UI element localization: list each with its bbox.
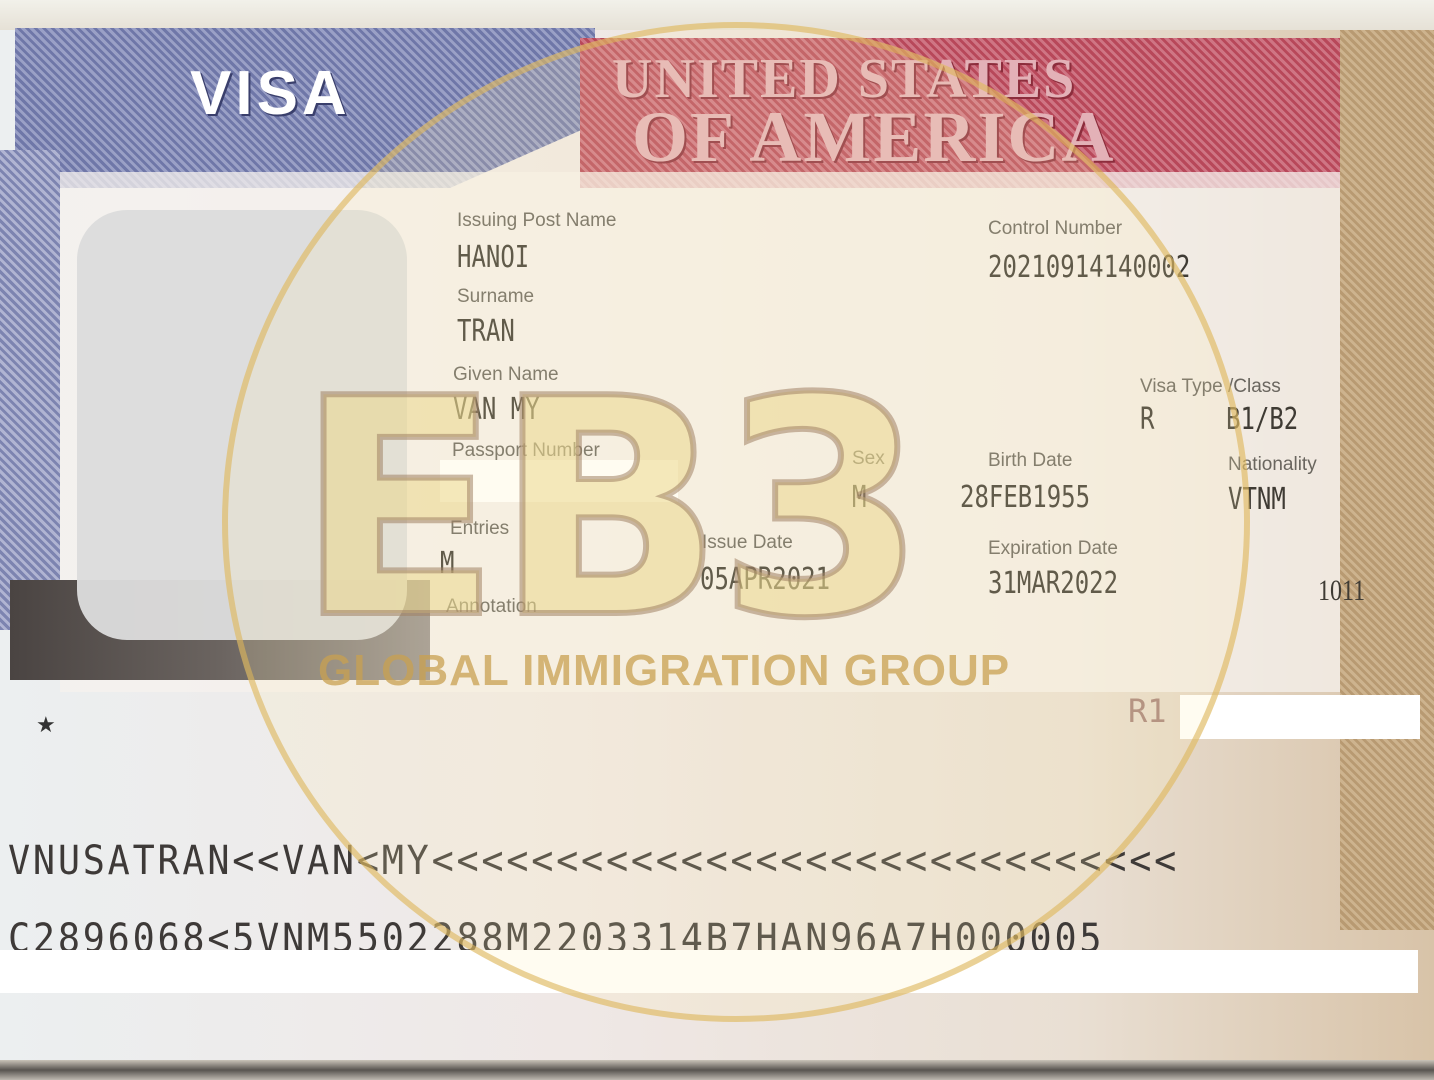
serial-redacted <box>1180 695 1420 739</box>
visa-document: VISA UNITED STATES OF AMERICA Issuing Po… <box>0 0 1434 1080</box>
visa-blue-side-border <box>0 150 60 630</box>
star-icon: ★ <box>36 712 56 738</box>
gold-side-border <box>1340 30 1434 930</box>
visa-title: VISA <box>190 58 351 129</box>
visa-code: 1011 <box>1318 574 1365 608</box>
watermark-text: GLOBAL IMMIGRATION GROUP <box>318 646 1010 696</box>
watermark-logo: EB3 <box>296 380 920 640</box>
page-bottom-edge <box>0 1060 1434 1080</box>
